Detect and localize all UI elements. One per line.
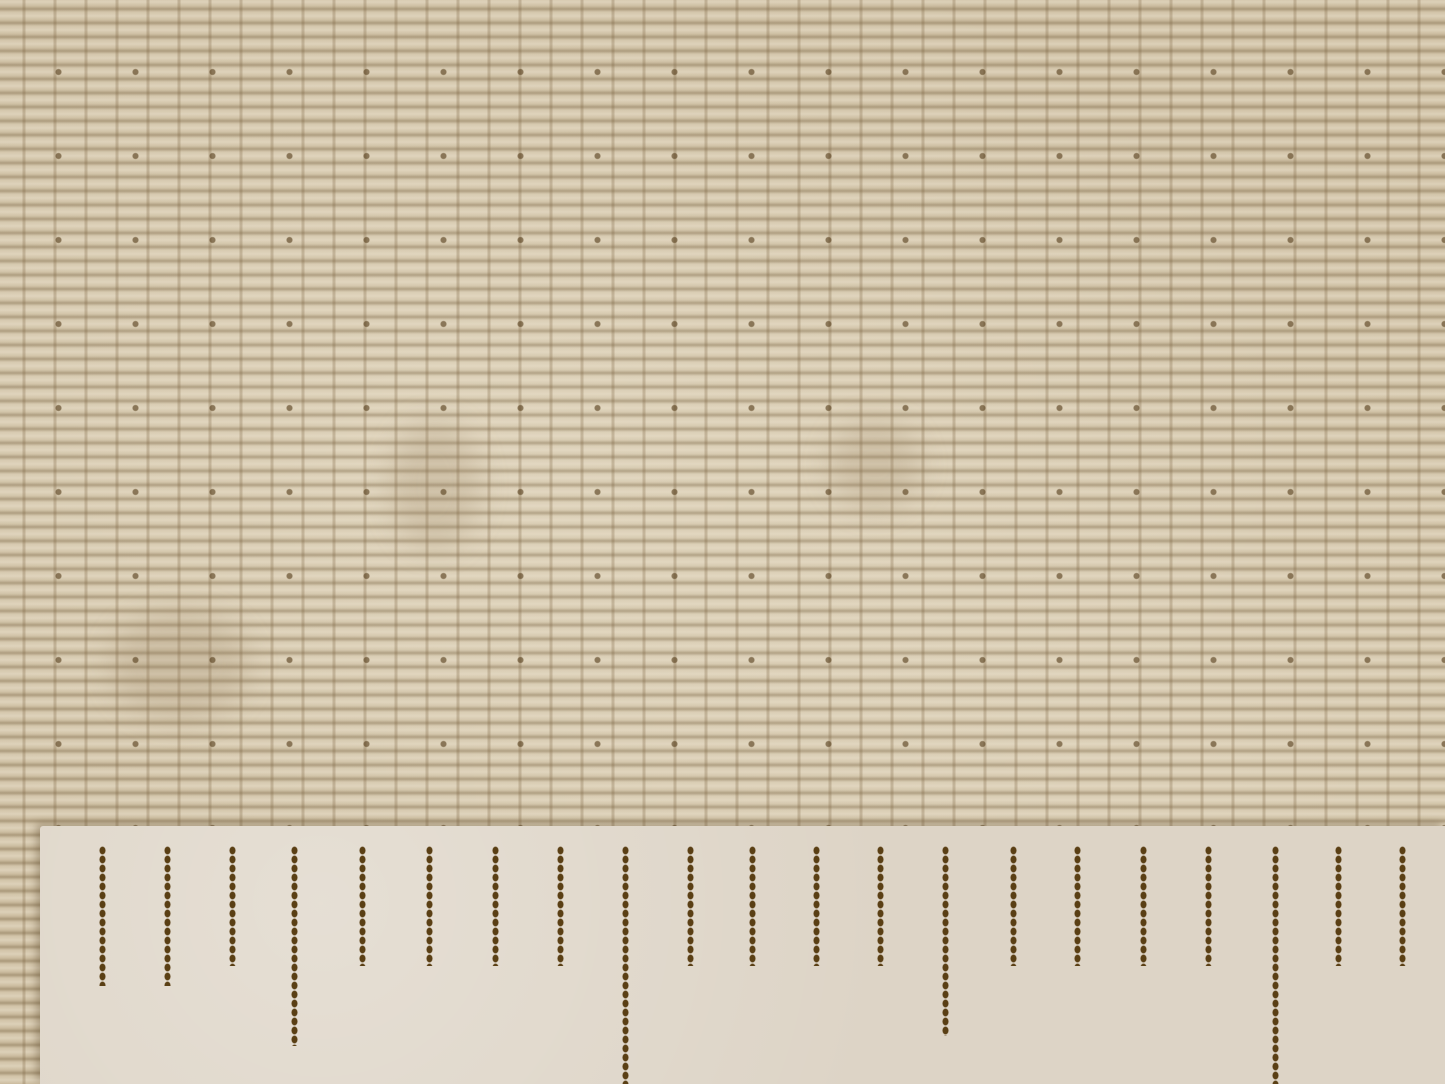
ruler-tick <box>492 846 499 966</box>
ruler-tick <box>1074 846 1081 966</box>
ruler-tick <box>942 846 949 1036</box>
ruler-tick <box>877 846 884 966</box>
ruler-tick <box>1335 846 1342 966</box>
ruler-tick <box>1399 846 1406 966</box>
ruler-tick <box>291 846 298 1046</box>
ruler-tick <box>622 846 629 1084</box>
ruler-tick <box>229 846 236 966</box>
ruler-tick <box>1272 846 1279 1084</box>
ruler-tick <box>749 846 756 966</box>
ruler-tick <box>359 846 366 966</box>
ruler-tick <box>164 846 171 986</box>
ruler-tick <box>426 846 433 966</box>
ruler-tick <box>1205 846 1212 966</box>
ruler-tick <box>813 846 820 966</box>
ruler-tick <box>1140 846 1147 966</box>
fabric-dark-dots <box>0 0 1445 830</box>
ruler-tick <box>1010 846 1017 966</box>
ruler-tick <box>687 846 694 966</box>
ruler <box>40 826 1445 1084</box>
ruler-tick <box>99 846 106 986</box>
ruler-tick <box>557 846 564 966</box>
